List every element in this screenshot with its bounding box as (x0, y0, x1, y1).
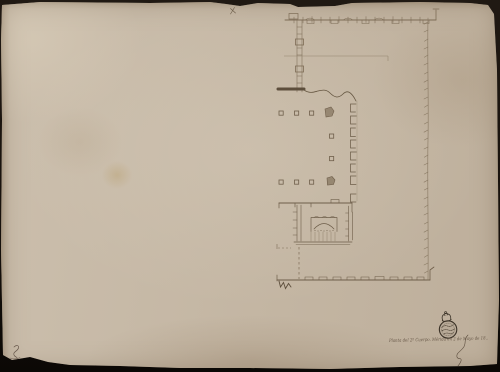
colonnade-pillars (279, 107, 335, 185)
crown-icon (441, 311, 451, 322)
paper-sheet: Planta del 2º Cuerpo. Mérida en 2 de May… (0, 0, 500, 372)
dashed-lines (277, 244, 299, 279)
ruined-wall (278, 89, 356, 101)
top-wall (285, 9, 439, 24)
bracket-wall (351, 101, 358, 202)
transverse-wall (279, 200, 352, 213)
monogram-icon (10, 346, 20, 367)
exedra-arc (314, 224, 334, 230)
right-wall (424, 18, 428, 280)
bottom-wall (277, 267, 434, 289)
photo-backdrop: Planta del 2º Cuerpo. Mérida en 2 de May… (0, 0, 500, 372)
archive-stamp-icon (437, 310, 458, 339)
staircase-structure (293, 205, 353, 245)
floor-plan-drawing (0, 0, 500, 372)
cross-mark-icon (231, 8, 236, 15)
interior-line (284, 56, 388, 61)
